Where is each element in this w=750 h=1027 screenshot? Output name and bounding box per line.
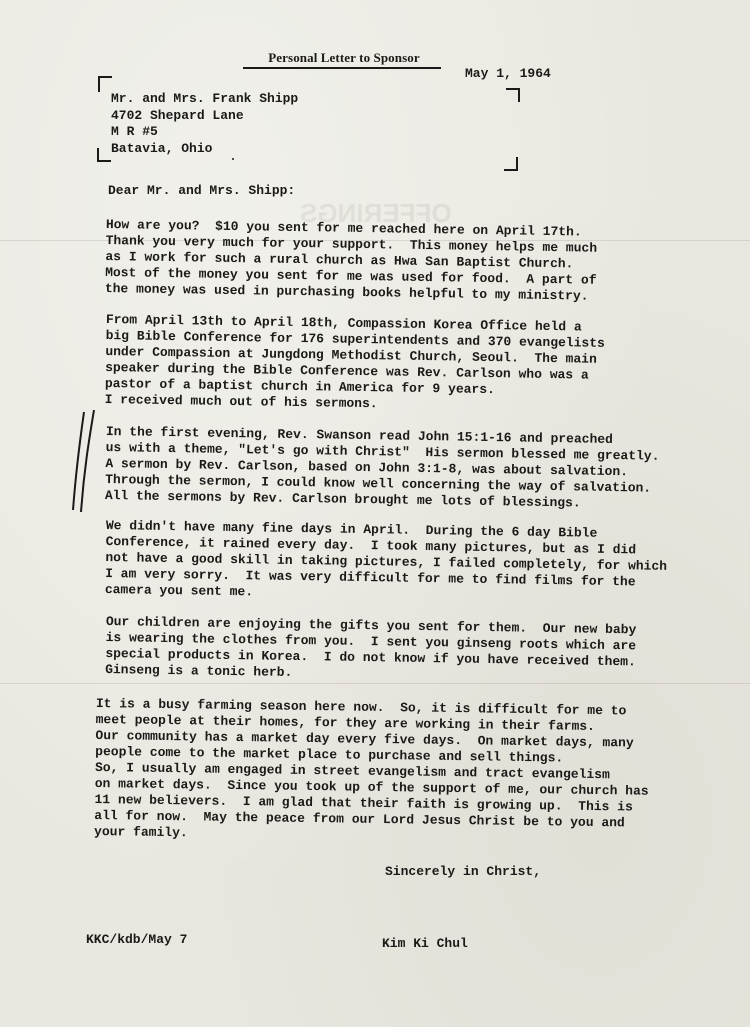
- letter-date: May 1, 1964: [465, 66, 551, 81]
- paragraph-greeting: How are you? $10 you sent for me reached…: [105, 217, 598, 305]
- letter-title: Personal Letter to Sponsor: [248, 50, 440, 66]
- closing: Sincerely in Christ,: [385, 864, 541, 879]
- address-line: M R #5: [111, 124, 298, 141]
- paragraph-ministry: It is a busy farming season here now. So…: [94, 696, 650, 848]
- address-line: Mr. and Mrs. Frank Shipp: [111, 91, 298, 108]
- ink-dot: [232, 158, 234, 160]
- reference-initials: KKC/kdb/May 7: [86, 932, 187, 947]
- paragraph-weather: We didn't have many fine days in April. …: [105, 518, 668, 607]
- paragraph-sermons: In the first evening, Rev. Swanson read …: [105, 424, 660, 513]
- address-bracket-top-right: [506, 88, 520, 102]
- recipient-address: Mr. and Mrs. Frank Shipp 4702 Shepard La…: [111, 91, 298, 157]
- paragraph-gifts: Our children are enjoying the gifts you …: [105, 614, 636, 686]
- salutation: Dear Mr. and Mrs. Shipp:: [108, 183, 295, 198]
- paragraph-conference: From April 13th to April 18th, Compassio…: [104, 312, 605, 416]
- address-line: Batavia, Ohio: [111, 141, 298, 158]
- address-line: 4702 Shepard Lane: [111, 108, 298, 125]
- title-underline: [243, 67, 441, 69]
- address-bracket-bottom-right: [504, 157, 518, 171]
- address-bracket-bottom-left: [97, 148, 111, 162]
- margin-emphasis-mark: [70, 410, 100, 515]
- address-bracket-top-left: [98, 76, 112, 92]
- paper-fold-line: [0, 683, 750, 684]
- signer-name: Kim Ki Chul: [382, 936, 468, 951]
